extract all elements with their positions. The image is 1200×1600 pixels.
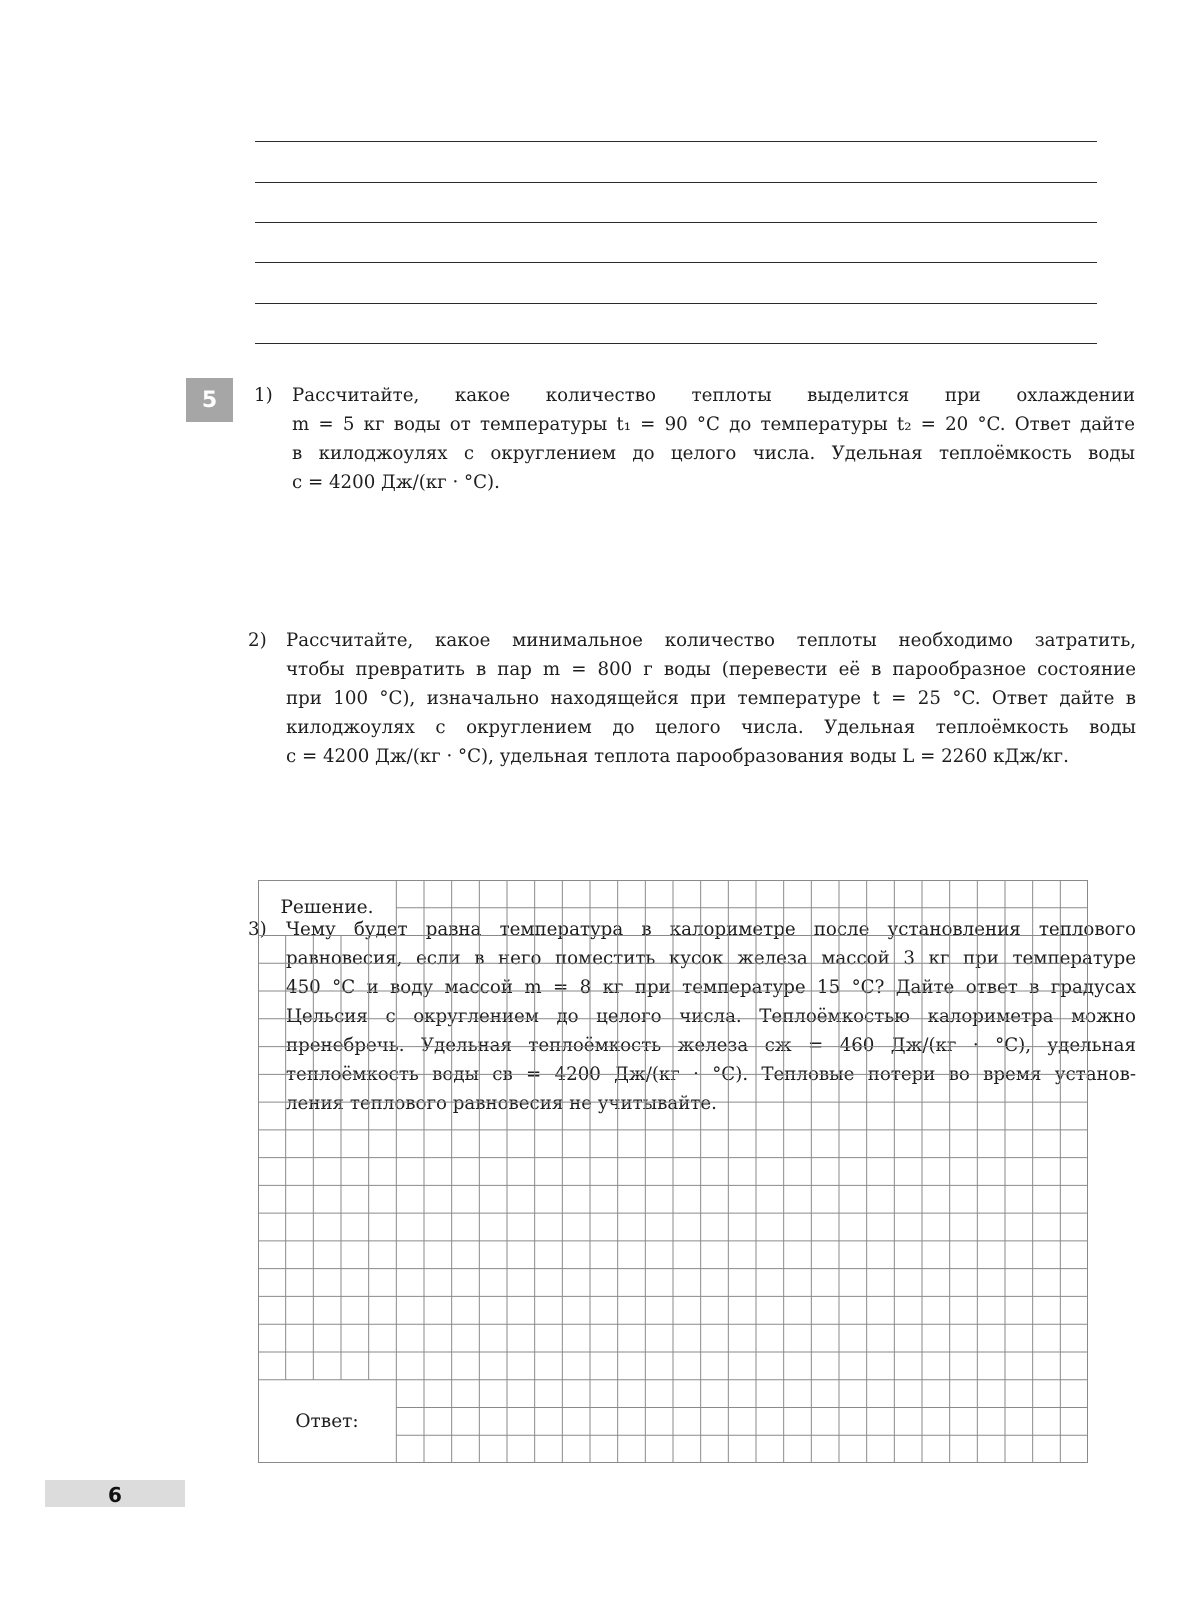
writing-line[interactable] xyxy=(255,141,1097,142)
item-line: Рассчитайте, какое минимальное количеств… xyxy=(286,626,1136,655)
grid-lines xyxy=(258,880,1088,1463)
item-line: c = 4200 Дж/(кг · °C). xyxy=(292,468,1135,497)
task-number-badge: 5 xyxy=(186,378,233,422)
task-number: 5 xyxy=(202,388,217,413)
task-item-1: 1) Рассчитайте, какое количество теплоты… xyxy=(254,381,1135,497)
writing-line[interactable] xyxy=(255,343,1097,344)
item-line: в килоджоулях с округлением до целого чи… xyxy=(292,439,1135,468)
item-line: Рассчитайте, какое количество теплоты вы… xyxy=(292,381,1135,410)
item-number: 1) xyxy=(254,381,273,410)
item-line: чтобы превратить в пар m = 800 г воды (п… xyxy=(286,655,1136,684)
answer-field[interactable] xyxy=(396,1408,1088,1435)
page-number-bar: 6 xyxy=(45,1480,185,1507)
writing-line[interactable] xyxy=(255,222,1097,223)
item-line: при 100 °C), изначально находящейся при … xyxy=(286,684,1136,713)
solution-grid[interactable]: Решение. Ответ: xyxy=(258,880,1088,1463)
writing-line[interactable] xyxy=(255,262,1097,263)
item-text: Рассчитайте, какое количество теплоты вы… xyxy=(292,381,1135,497)
item-number: 2) xyxy=(248,626,267,655)
answer-label: Ответ: xyxy=(258,1380,396,1463)
item-line: c = 4200 Дж/(кг · °C), удельная теплота … xyxy=(286,742,1136,771)
item-line: m = 5 кг воды от температуры t₁ = 90 °C … xyxy=(292,410,1135,439)
writing-line[interactable] xyxy=(255,303,1097,304)
solution-label: Решение. xyxy=(258,880,396,935)
writing-line[interactable] xyxy=(255,182,1097,183)
item-text: Рассчитайте, какое минимальное количеств… xyxy=(286,626,1136,771)
page-number: 6 xyxy=(108,1483,122,1507)
task-item-2: 2) Рассчитайте, какое минимальное количе… xyxy=(248,626,1136,771)
item-line: килоджоулях с округлением до целого числ… xyxy=(286,713,1136,742)
